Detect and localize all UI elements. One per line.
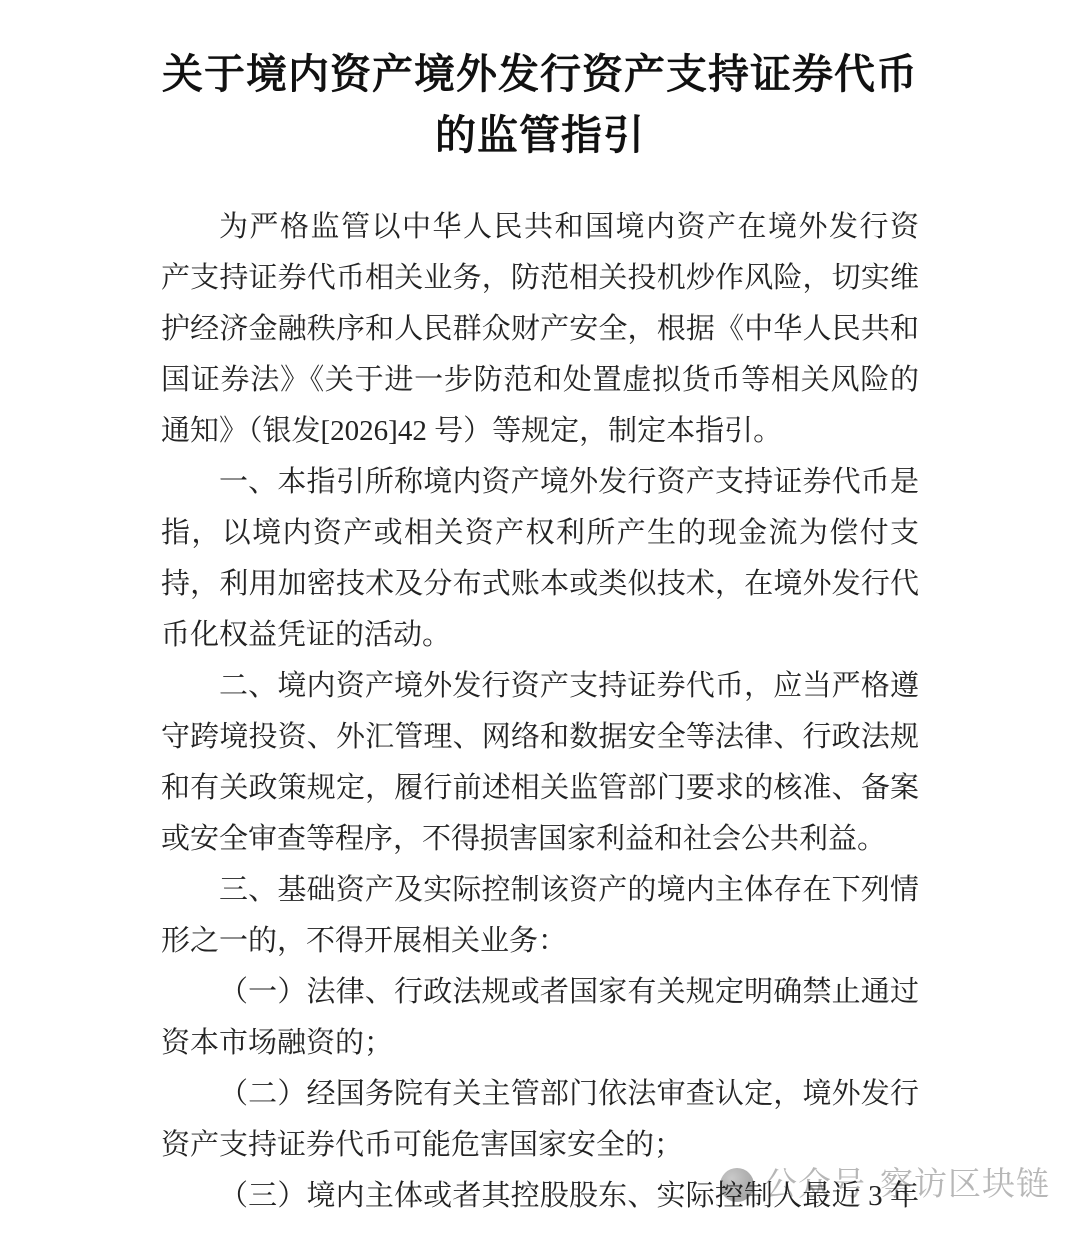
document-title: 关于境内资产境外发行资产支持证券代币 的监管指引 [0, 44, 1080, 166]
document-line: 产支持证券代币相关业务，防范相关投机炒作风险，切实维 [161, 253, 919, 304]
document-line: 和有关政策规定，履行前述相关监管部门要求的核准、备案 [161, 763, 919, 814]
document-line: 或安全审查等程序，不得损害国家利益和社会公共利益。 [161, 814, 919, 865]
document-line: 国证券法》《关于进一步防范和处置虚拟货币等相关风险的 [161, 355, 919, 406]
document-line: 为严格监管以中华人民共和国境内资产在境外发行资 [161, 202, 919, 253]
document-line: （三）境内主体或者其控股股东、实际控制人最近 3 年 [161, 1171, 919, 1222]
document-line: （二）经国务院有关主管部门依法审查认定，境外发行 [161, 1069, 919, 1120]
document-line: 守跨境投资、外汇管理、网络和数据安全等法律、行政法规 [161, 712, 919, 763]
document-line: 资本市场融资的； [161, 1018, 919, 1069]
document-line: （一）法律、行政法规或者国家有关规定明确禁止通过 [161, 967, 919, 1018]
document-line: 资产支持证券代币可能危害国家安全的； [161, 1120, 919, 1171]
document-line: 指，以境内资产或相关资产权利所产生的现金流为偿付支 [161, 508, 919, 559]
document-title-line-1: 关于境内资产境外发行资产支持证券代币 [0, 44, 1080, 105]
document-title-line-2: 的监管指引 [0, 105, 1080, 166]
document-line: 一、本指引所称境内资产境外发行资产支持证券代币是 [161, 457, 919, 508]
document-body: 为严格监管以中华人民共和国境内资产在境外发行资 产支持证券代币相关业务，防范相关… [161, 202, 919, 1222]
page-root: { "page": { "background": "#ffffff", "te… [0, 0, 1080, 1237]
document-line: 形之一的，不得开展相关业务： [161, 916, 919, 967]
document-line: 护经济金融秩序和人民群众财产安全，根据《中华人民共和 [161, 304, 919, 355]
document-line: 三、基础资产及实际控制该资产的境内主体存在下列情 [161, 865, 919, 916]
document-line: 通知》（银发[2026]42 号）等规定，制定本指引。 [161, 406, 919, 457]
document-line: 持，利用加密技术及分布式账本或类似技术，在境外发行代 [161, 559, 919, 610]
document-line: 二、境内资产境外发行资产支持证券代币，应当严格遵 [161, 661, 919, 712]
document-line: 币化权益凭证的活动。 [161, 610, 919, 661]
